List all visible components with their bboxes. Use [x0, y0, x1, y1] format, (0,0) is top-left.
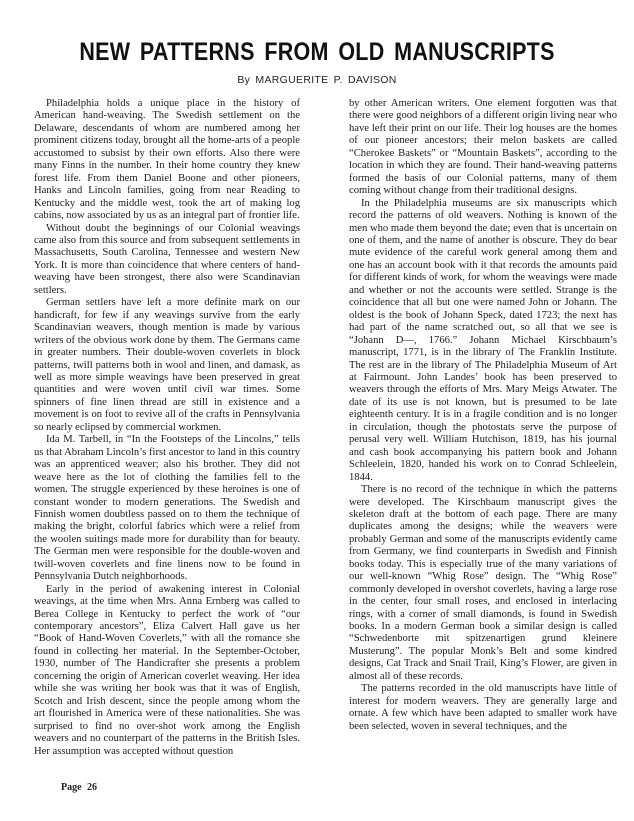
paragraph: Ida M. Tarbell, in “In the Footsteps of …	[34, 434, 300, 583]
paragraph: Early in the period of awakening interes…	[34, 584, 300, 758]
paragraph-continued: by other American writers. One element f…	[349, 98, 617, 198]
paragraph: Philadelphia holds a unique place in the…	[34, 98, 300, 223]
byline: By MARGUERITE P. DAVISON	[0, 74, 634, 86]
paragraph: Without doubt the beginnings of our Colo…	[34, 223, 300, 298]
paragraph: The patterns recorded in the old manuscr…	[349, 683, 617, 733]
paragraph: In the Philadelphia museums are six manu…	[349, 198, 617, 484]
article-title: NEW PATTERNS FROM OLD MANUSCRIPTS	[44, 38, 589, 67]
paragraph: German settlers have left a more definit…	[34, 297, 300, 434]
left-column: Philadelphia holds a unique place in the…	[34, 98, 300, 758]
page-number: Page 26	[61, 782, 97, 793]
right-column: by other American writers. One element f…	[349, 98, 617, 733]
paragraph: There is no record of the technique in w…	[349, 484, 617, 683]
